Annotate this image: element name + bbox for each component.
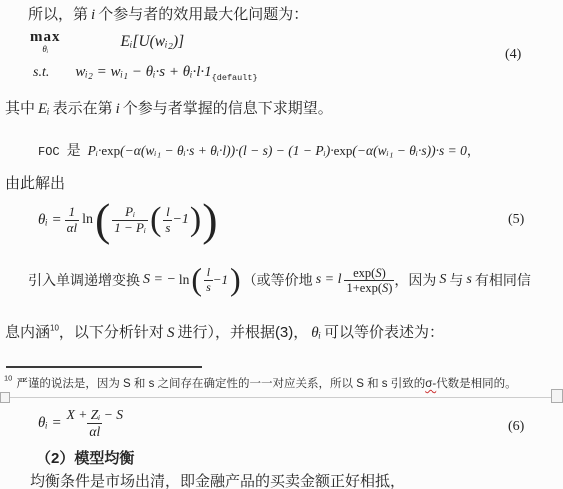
constraint-expression: wᵢ₂ = wᵢ₁ − θᵢ·s + θᵢ·l·1 (75, 64, 211, 80)
derive-line: 由此解出 (5, 172, 65, 193)
intro-paragraph: 所以，第i个参与者的效用最大化问题为： (28, 3, 308, 24)
footnote-text-b: 代数是相同的。 (436, 378, 517, 390)
logistic-den-exp: 1+exp( (346, 281, 382, 295)
transform-f-numerator: l (205, 266, 212, 279)
objective-function: Eᵢ[U(wᵢ₂)] (121, 33, 185, 51)
logistic-den-close: ) (388, 281, 392, 295)
transform-yu: 与 (449, 270, 463, 290)
transform-S-equals: S = − (143, 272, 176, 288)
trans2-var-theta: θᵢ (311, 325, 321, 341)
eq5-f1-denominator: αl (65, 220, 79, 236)
eq6-denominator: αl (87, 423, 102, 439)
foc-shi: 是 (67, 142, 81, 158)
transform-post: 有相同信 (475, 270, 531, 290)
foc-seg2: (−α(wᵢ₁ − θᵢ·s + θᵢ·l))·(l − s) − (1 − P… (120, 143, 333, 158)
transform-paren-close: ) (230, 266, 241, 293)
eq5-f1-numerator: 1 (67, 205, 78, 220)
logistic-denominator: 1+exp(S) (344, 280, 394, 295)
constraint-indicator-subscript: {default} (212, 73, 258, 83)
transform-f-denominator: s (204, 280, 213, 294)
transform-var-S: S (439, 272, 446, 288)
eq5-tail: −1 (172, 212, 188, 228)
transform-fraction-l-over-s: l s (204, 266, 213, 294)
text-boundary-line (0, 397, 563, 398)
eq5-fraction-1-over-al: 1 αl (65, 205, 79, 235)
equation-6: θᵢ = X + Zᵢ − S αl (38, 402, 128, 444)
footnote-divider (6, 366, 202, 368)
expect-post: 个参与者掌握的信息下求期望。 (123, 100, 333, 117)
eq5-f3-numerator: l (164, 205, 172, 220)
expect-var-Ei: Eᵢ (38, 101, 50, 117)
trans2-pre: 息内涵 (5, 324, 50, 341)
foc-comma: ， (467, 143, 480, 158)
expect-var-i: i (116, 101, 120, 117)
eq5-outer-paren-close: ) (202, 200, 217, 239)
eq5-f2-denominator: 1 − Pᵢ (112, 220, 148, 236)
section-heading-model-equilibrium: （2）模型均衡 (36, 447, 134, 468)
footnote-sigma-misspell: σ- (425, 378, 436, 390)
eq6-numerator: X + Zᵢ − S (65, 407, 125, 422)
foc-line: FOC 是 Pᵢ·exp(−α(wᵢ₁ − θᵢ·s + θᵢ·l))·(l −… (38, 140, 480, 160)
equation-4-number: (4) (505, 47, 521, 63)
equation-6-number: (6) (508, 419, 524, 435)
trans2-var-S: S (167, 325, 175, 341)
max-subscript: θᵢ (42, 45, 48, 54)
transform-paren-open: ( (191, 266, 202, 293)
intro-text-pre: 所以，第 (28, 6, 88, 23)
left-margin-handle (0, 392, 10, 403)
equation-5-number: (5) (508, 212, 524, 228)
eq5-outer-paren-open: ( (95, 200, 110, 239)
transform-var-s: s (466, 272, 471, 288)
equation-4-objective-row: max θᵢ Eᵢ[U(wᵢ₂)] (30, 30, 184, 54)
footnote-number: 10 (4, 374, 12, 383)
transform-logistic-fraction: exp(S) 1+exp(S) (344, 266, 394, 295)
closing-line: 均衡条件是市场出清，即金融产品的买卖金额正好相抵， (30, 470, 405, 489)
foc-exp1: exp (101, 143, 120, 158)
trans2-mid2: 进行），并根据(3)， (177, 324, 308, 341)
expectation-line: 其中Eᵢ表示在第i个参与者掌握的信息下求期望。 (5, 97, 333, 118)
max-label: max (30, 30, 61, 45)
eq5-inner-paren-open: ( (150, 206, 161, 235)
logistic-num-close: ) (382, 266, 386, 280)
transform-alt-open: （或等价地 (243, 270, 313, 290)
intro-var-i: i (91, 7, 95, 23)
transform-line-2: 息内涵10，以下分析针对S进行），并根据(3)，θᵢ可以等价表述为： (5, 321, 444, 342)
right-margin-handle (551, 389, 563, 403)
foc-tag: FOC (38, 145, 60, 159)
logistic-num-exp: exp( (353, 266, 375, 280)
max-operator: max θᵢ (30, 30, 61, 54)
trans2-footnote-ref: 10 (50, 324, 59, 333)
subject-to-label: s.t. (33, 65, 49, 80)
foc-seg1: Pᵢ· (88, 143, 102, 158)
foc-seg3: (−α(wᵢ₁ − θᵢ·s))·s = 0 (352, 143, 467, 158)
transform-comma-because: ，因为 (394, 270, 436, 290)
logistic-numerator: exp(S) (351, 266, 388, 280)
equation-5: θᵢ = 1 αl ln ( Pᵢ 1 − Pᵢ ( l s −1 ) ) (38, 194, 218, 246)
trans2-post: 可以等价表述为： (324, 324, 444, 341)
equation-4-constraint-row: s.t. wᵢ₂ = wᵢ₁ − θᵢ·s + θᵢ·l·1{default} (33, 63, 258, 83)
intro-text-post: 个参与者的效用最大化问题为： (98, 6, 308, 23)
eq5-lhs: θᵢ = (38, 212, 62, 229)
footnote: 10 严谨的说法是，因为 S 和 s 之间存在确定性的一一对应关系，所以 S 和… (4, 374, 560, 392)
eq5-f3-denominator: s (163, 220, 172, 236)
transform-tail: −1 (213, 272, 228, 288)
eq6-fraction: X + Zᵢ − S αl (65, 407, 125, 438)
transform-pre: 引入单调递增变换 (28, 270, 140, 290)
eq5-inner-paren-close: ) (190, 206, 201, 235)
eq5-fraction-odds: Pᵢ 1 − Pᵢ (112, 205, 148, 235)
transform-s-equals-l: s = l (316, 272, 342, 288)
document-page: 所以，第i个参与者的效用最大化问题为： max θᵢ Eᵢ[U(wᵢ₂)] s.… (0, 0, 563, 489)
expect-pre: 其中 (5, 100, 35, 117)
transform-line-1: 引入单调递增变换 S = −ln ( l s −1 ) （或等价地 s = l … (28, 254, 531, 306)
footnote-text-a: 严谨的说法是，因为 S 和 s 之间存在确定性的一一对应关系，所以 S 和 s … (16, 378, 425, 390)
eq6-lhs: θᵢ = (38, 415, 62, 432)
eq5-ln-operator: ln (82, 212, 93, 228)
expect-mid: 表示在第 (53, 100, 113, 117)
eq5-fraction-l-over-s: l s (163, 205, 172, 235)
foc-exp2: exp (334, 143, 353, 158)
transform-ln: ln (179, 272, 190, 288)
eq5-f2-numerator: Pᵢ (123, 205, 137, 220)
trans2-mid: ，以下分析针对 (59, 324, 164, 341)
